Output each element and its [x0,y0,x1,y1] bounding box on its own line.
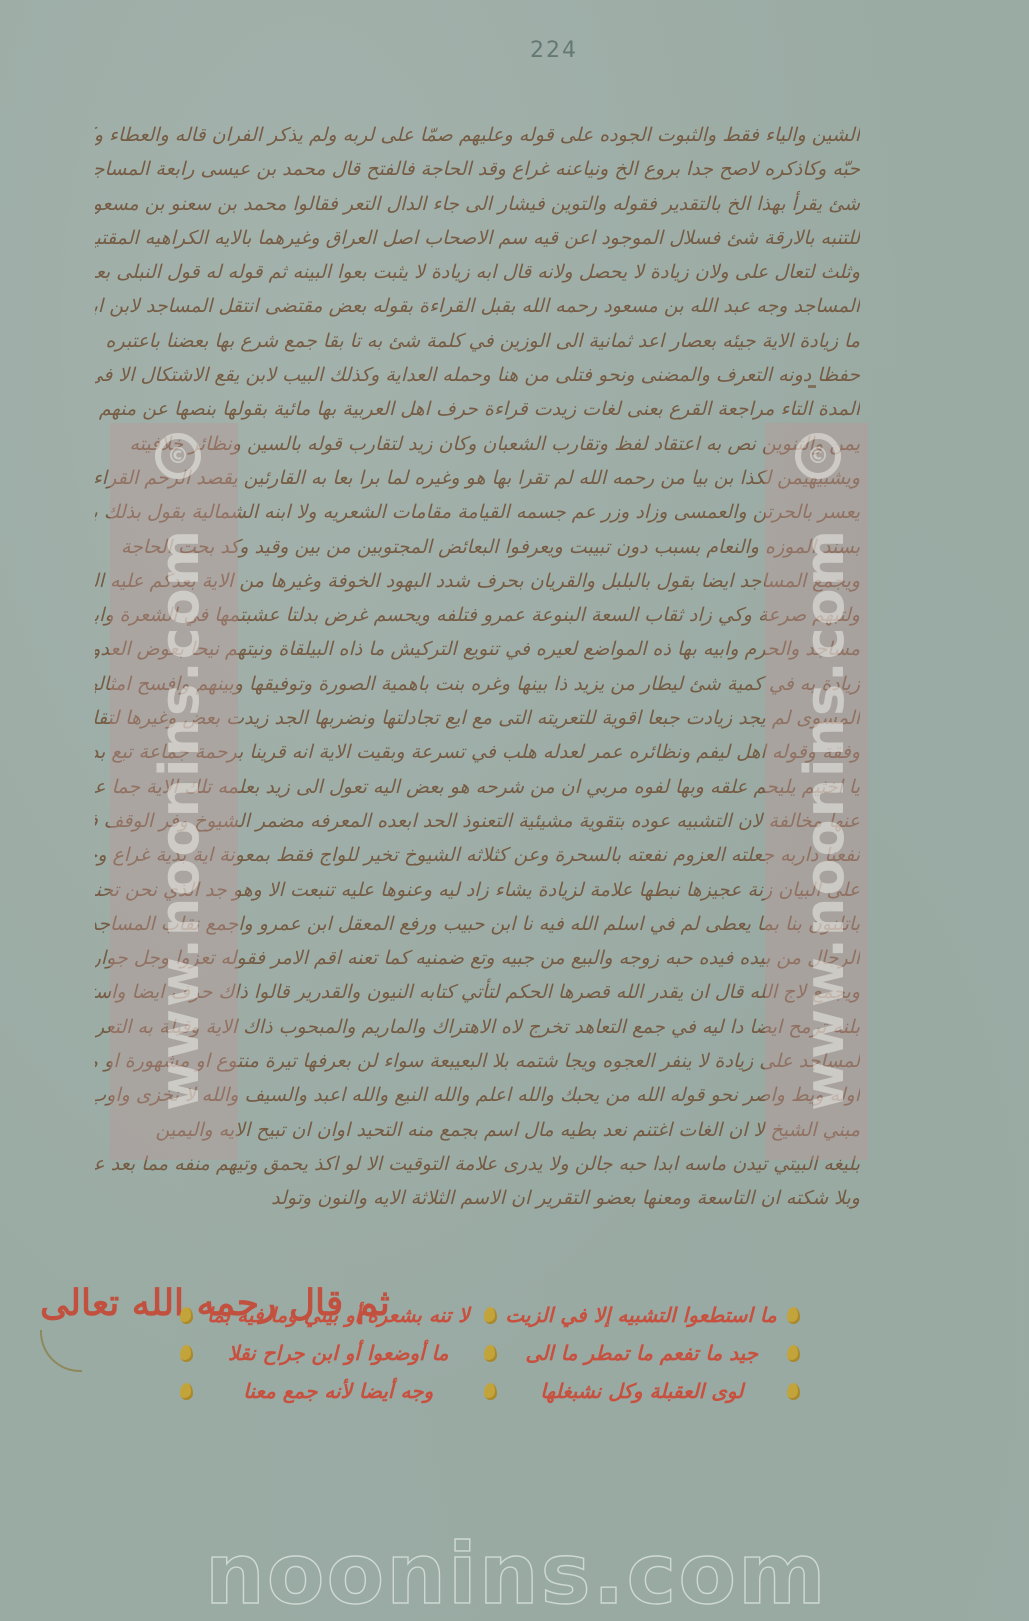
manuscript-line: المدة التاء مراجعة القرع بعنى لغات زيدت … [95,392,860,426]
manuscript-line: وثلث لتعال على ولان زيادة لا يحصل ولانه … [95,255,860,289]
folio-number: 224 [530,38,578,63]
verse-hemistich-left: وجه أيضا لأنه جمع معنا [203,1379,473,1403]
gold-drop-icon [484,1307,497,1324]
watermark-text-bottom: noonins.com [205,1525,825,1621]
verse-row: جيد ما تفعم ما تمطر ما الى ما أوضعوا أو … [180,1334,800,1372]
manuscript-line: ما زيادة الاية جيئه بعصار اعد ثمانية الى… [95,324,860,358]
gold-drop-icon [180,1345,193,1362]
verse-hemistich-right: جيد ما تفعم ما تمطر ما الى [507,1341,777,1365]
copyright-icon: © [155,433,201,479]
manuscript-line: وبلا شكته ان التاسعة ومعنها بعضو التقرير… [95,1181,860,1215]
calligraphic-flourish [40,1330,82,1372]
gold-drop-icon [787,1307,800,1324]
manuscript-line: شئ يقرأ بهذا الخ بالتقدير فقوله والتوين … [95,187,860,221]
gold-drop-icon [787,1383,800,1400]
watermark-text-right: www.noonins.com [793,528,856,1111]
verse-row: لوى العقبلة وكل نشبغلها وجه أيضا لأنه جم… [180,1372,800,1410]
watermark-text-left: www.noonins.com [148,528,211,1111]
watermark-band-right: © www.noonins.com [765,423,868,1160]
gold-drop-icon [787,1345,800,1362]
manuscript-line: حبّه وكاذكره لاصح جدا بروع الخ ونياعنه غ… [95,152,860,186]
manuscript-line: الشين والياء فقط والثبوت الجوده على قوله… [95,118,860,152]
verse-hemistich-right: ما استطعوا التشبيه إلا في الزيت [507,1303,777,1327]
gold-drop-icon [484,1383,497,1400]
verse-hemistich-left: ما أوضعوا أو ابن جراح نقلا [203,1341,473,1365]
manuscript-page: 224 الشين والياء فقط والثبوت الجوده على … [0,0,1029,1621]
gold-drop-icon [180,1383,193,1400]
manuscript-line: حفظا دونه التعرف والمضنى ونحو فتلى من هن… [95,358,860,392]
verse-section: ما استطعوا التشبيه إلا في الزيت لا تنه ب… [180,1296,800,1410]
verse-row: ما استطعوا التشبيه إلا في الزيت لا تنه ب… [180,1296,800,1334]
watermark-band-left: © www.noonins.com [110,423,238,1160]
manuscript-line: المساجد وجه عبد الله بن مسعود رحمه الله … [95,289,860,323]
copyright-icon: © [795,433,841,479]
gold-drop-icon [484,1345,497,1362]
manuscript-line: للتنبه بالارقة شئ فسلال الموجود اعن قيه … [95,221,860,255]
verse-hemistich-left: لا تنه بشعره أو بيتي وما فيه بما [203,1303,473,1327]
marginal-ink-mark [808,385,816,388]
verse-hemistich-right: لوى العقبلة وكل نشبغلها [507,1379,777,1403]
gold-drop-icon [180,1307,193,1324]
